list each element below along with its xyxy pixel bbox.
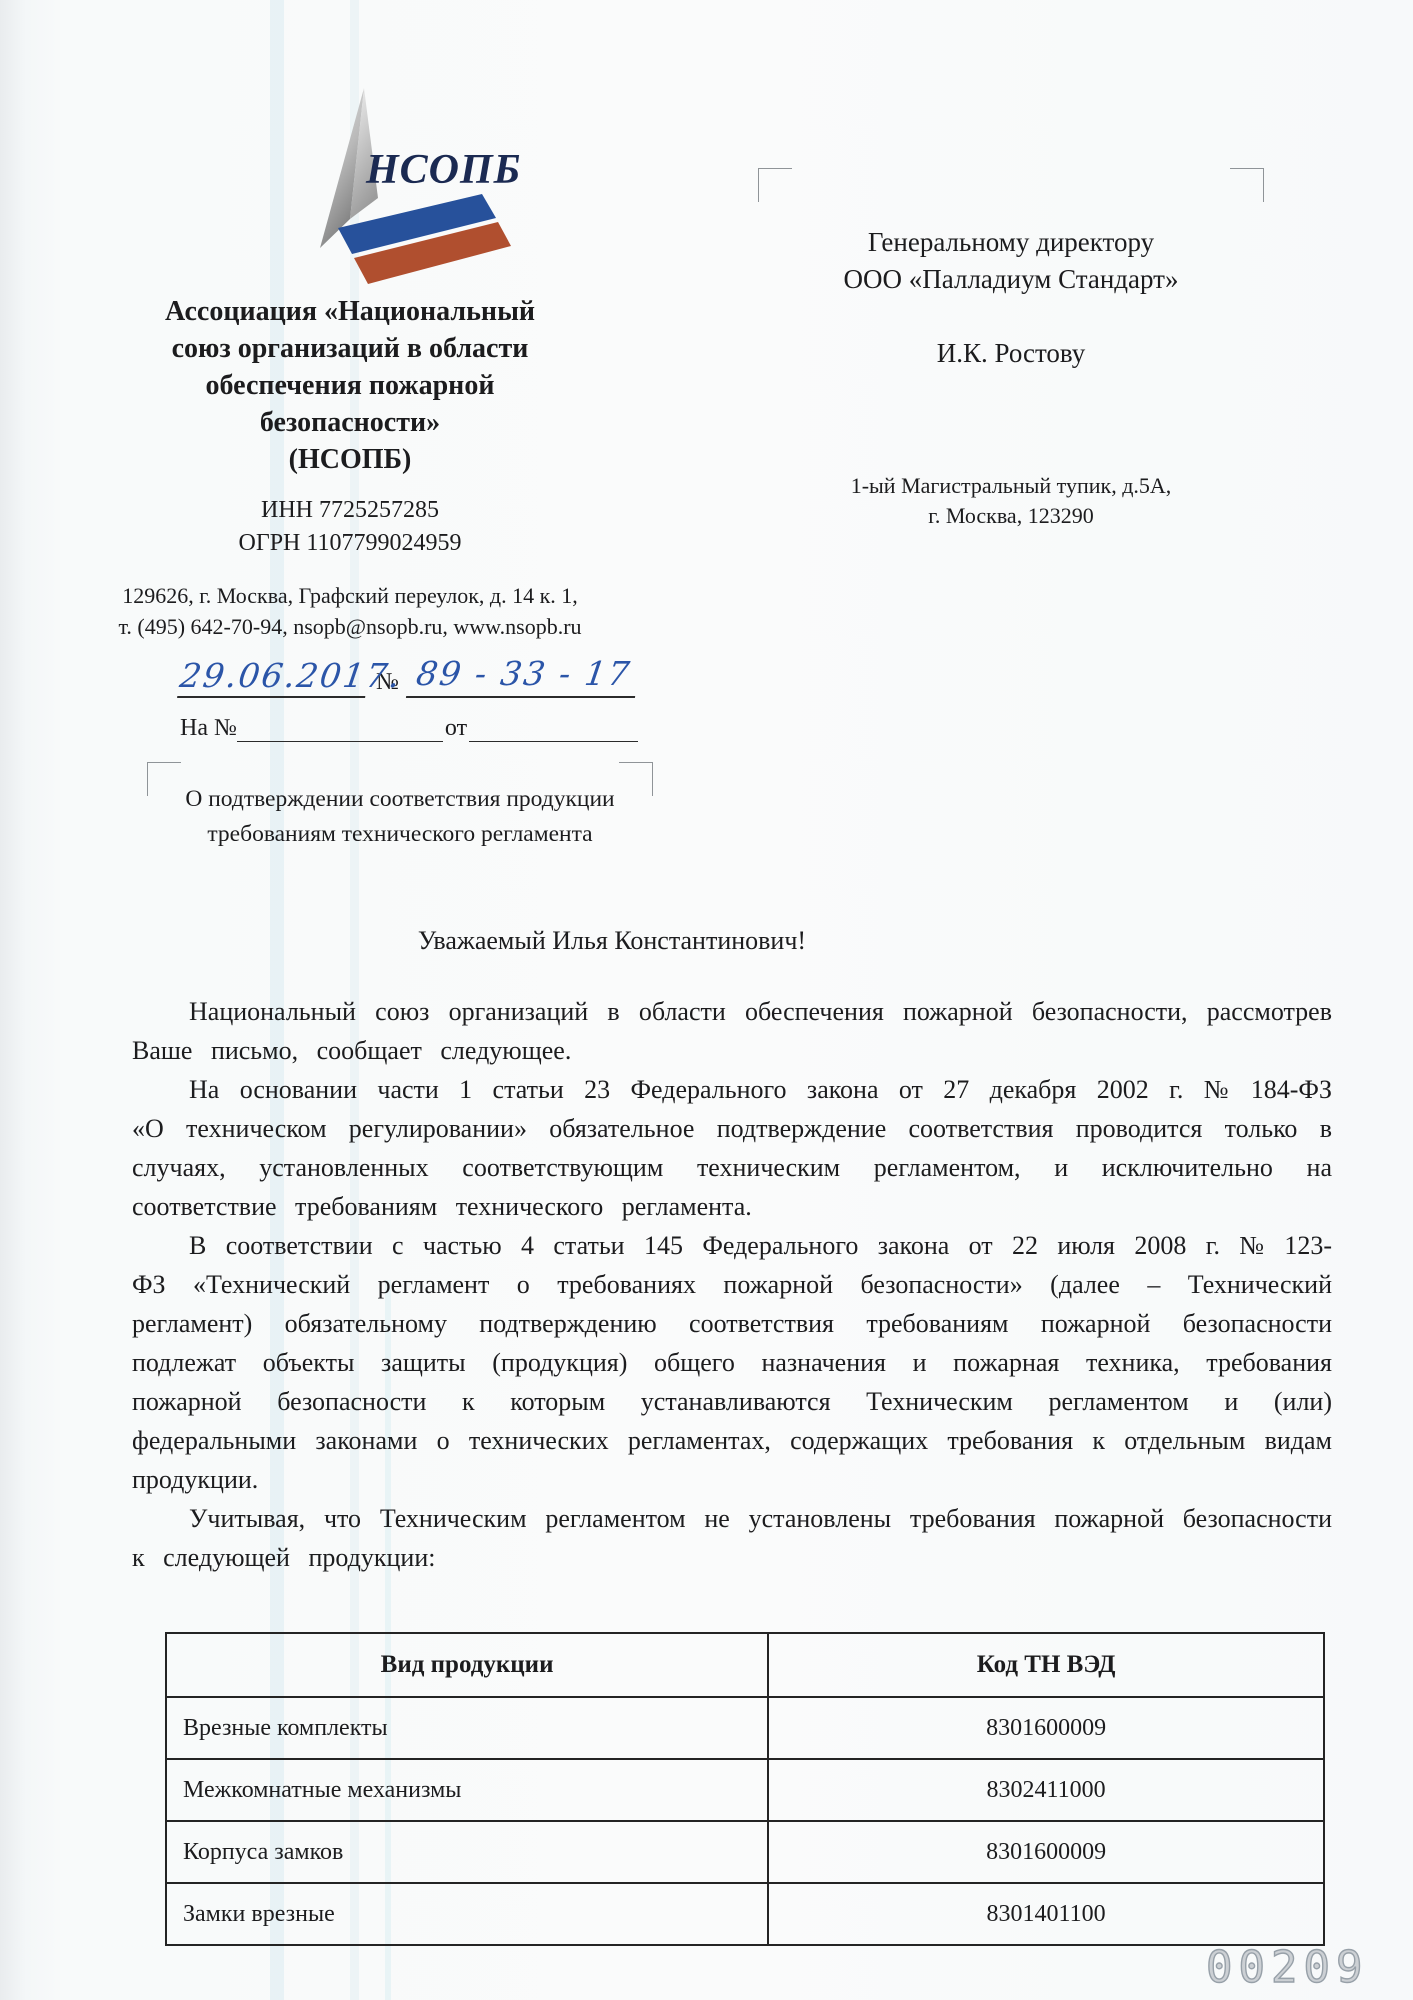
- product-type-cell: Врезные комплекты: [166, 1697, 768, 1759]
- subject-line: О подтверждении соответствия продукции: [147, 762, 653, 817]
- reply-prefix-label: На №: [180, 715, 237, 742]
- blank-rule: [237, 714, 443, 742]
- subject-block: О подтверждении соответствия продукции т…: [147, 762, 653, 851]
- recipient-title: Генеральному директору: [758, 168, 1264, 261]
- column-header-product-type: Вид продукции: [166, 1633, 768, 1697]
- org-address-line: 129626, г. Москва, Графский переулок, д.…: [95, 580, 605, 611]
- outgoing-ref-line: 29.06.2017. № 89 - 33 - 17: [180, 646, 638, 698]
- org-name-line: безопасности»: [95, 404, 605, 441]
- tnved-code-cell: 8301600009: [768, 1821, 1324, 1883]
- subject-line: требованиям технического регламента: [147, 817, 653, 852]
- table-row: Корпуса замков 8301600009: [166, 1821, 1324, 1883]
- tnved-code-cell: 8301600009: [768, 1697, 1324, 1759]
- page-number-stamp: 00209: [1206, 1942, 1368, 1993]
- table-row: Замки врезные 8301401100: [166, 1883, 1324, 1945]
- handwritten-ref-number: 89 - 33 - 17: [406, 654, 641, 698]
- org-address: 129626, г. Москва, Графский переулок, д.…: [95, 580, 605, 642]
- blank-rule: [469, 714, 638, 742]
- body-paragraph: Национальный союз организаций в области …: [132, 992, 1332, 1070]
- body-paragraph: Учитывая, что Техническим регламентом не…: [132, 1499, 1332, 1577]
- org-name: Ассоциация «Национальный союз организаци…: [95, 293, 605, 478]
- product-type-cell: Замки врезные: [166, 1883, 768, 1945]
- nsopb-logo: НСОПБ: [300, 88, 520, 293]
- org-name-line: (НСОПБ): [95, 441, 605, 478]
- salutation: Уважаемый Илья Константинович!: [132, 926, 1092, 956]
- letter-body: Уважаемый Илья Константинович! Националь…: [132, 926, 1332, 1577]
- org-name-line: обеспечения пожарной: [95, 367, 605, 404]
- handwritten-date: 29.06.2017.: [177, 656, 371, 698]
- product-codes-table: Вид продукции Код ТН ВЭД Врезные комплек…: [165, 1632, 1325, 1946]
- recipient-name: И.К. Ростову: [758, 338, 1264, 369]
- recipient-block: Генеральному директору ООО «Палладиум Ст…: [758, 168, 1264, 531]
- body-paragraph: В соответствии с частью 4 статьи 145 Фед…: [132, 1226, 1332, 1499]
- product-type-cell: Корпуса замков: [166, 1821, 768, 1883]
- org-name-line: Ассоциация «Национальный: [95, 293, 605, 330]
- org-registration-ids: ИНН 7725257285 ОГРН 1107799024959: [95, 494, 605, 560]
- reply-to-line: На № от: [180, 714, 638, 742]
- reply-from-label: от: [445, 715, 467, 742]
- table-row: Межкомнатные механизмы 8302411000: [166, 1759, 1324, 1821]
- recipient-address-line: 1-ый Магистральный тупик, д.5А,: [758, 471, 1264, 501]
- recipient-company: ООО «Палладиум Стандарт»: [758, 261, 1264, 298]
- org-address-line: т. (495) 642-70-94, nsopb@nsopb.ru, www.…: [95, 611, 605, 642]
- product-type-cell: Межкомнатные механизмы: [166, 1759, 768, 1821]
- table-row: Врезные комплекты 8301600009: [166, 1697, 1324, 1759]
- tnved-code-cell: 8301401100: [768, 1883, 1324, 1945]
- recipient-address-line: г. Москва, 123290: [758, 501, 1264, 531]
- scanned-letter-page: НСОПБ Ассоциация «Национальный союз орга…: [0, 0, 1413, 2000]
- org-ogrn: ОГРН 1107799024959: [95, 527, 605, 560]
- table-header-row: Вид продукции Код ТН ВЭД: [166, 1633, 1324, 1697]
- logo-wordmark: НСОПБ: [366, 146, 521, 194]
- org-inn: ИНН 7725257285: [95, 494, 605, 527]
- sender-letterhead: Ассоциация «Национальный союз организаци…: [95, 293, 605, 642]
- tnved-code-cell: 8302411000: [768, 1759, 1324, 1821]
- column-header-tnved-code: Код ТН ВЭД: [768, 1633, 1324, 1697]
- body-paragraph: На основании части 1 статьи 23 Федеральн…: [132, 1070, 1332, 1226]
- org-name-line: союз организаций в области: [95, 330, 605, 367]
